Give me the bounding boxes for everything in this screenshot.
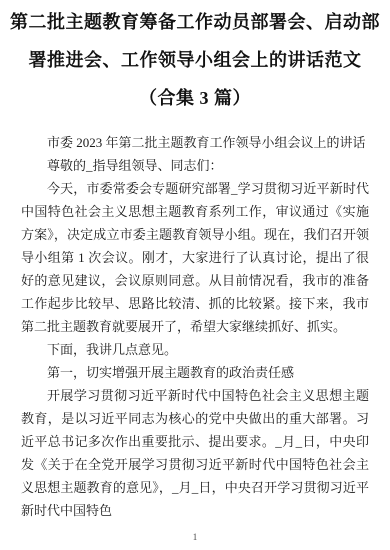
paragraph-transition: 下面，我讲几点意见。 [21, 338, 369, 361]
paragraph-salutation: 尊敬的_指导组领导、同志们： [21, 154, 369, 177]
document-page: 第二批主题教育筹备工作动员部署会、启动部 署推进会、工作领导小组会上的讲话范文 … [0, 0, 390, 550]
document-body: 市委 2023 年第二批主题教育工作领导小组会议上的讲话 尊敬的_指导组领导、同… [21, 131, 369, 522]
paragraph-body-2: 开展学习贯彻习近平新时代中国特色社会主义思想主题教育，是以习近平同志为核心的党中… [21, 384, 369, 522]
page-number: 1 [0, 532, 390, 542]
title-line-2: 署推进会、工作领导小组会上的讲话范文 [0, 41, 390, 79]
paragraph-subtitle: 市委 2023 年第二批主题教育工作领导小组会议上的讲话 [21, 131, 369, 154]
paragraph-heading-first: 第一，切实增强开展主题教育的政治责任感 [21, 361, 369, 384]
title-line-1: 第二批主题教育筹备工作动员部署会、启动部 [0, 3, 390, 41]
document-title: 第二批主题教育筹备工作动员部署会、启动部 署推进会、工作领导小组会上的讲话范文 … [0, 0, 390, 117]
paragraph-body-1: 今天，市委常委会专题研究部署_学习贯彻习近平新时代中国特色社会主义思想主题教育系… [21, 177, 369, 338]
title-line-3: （合集 3 篇） [0, 79, 390, 117]
